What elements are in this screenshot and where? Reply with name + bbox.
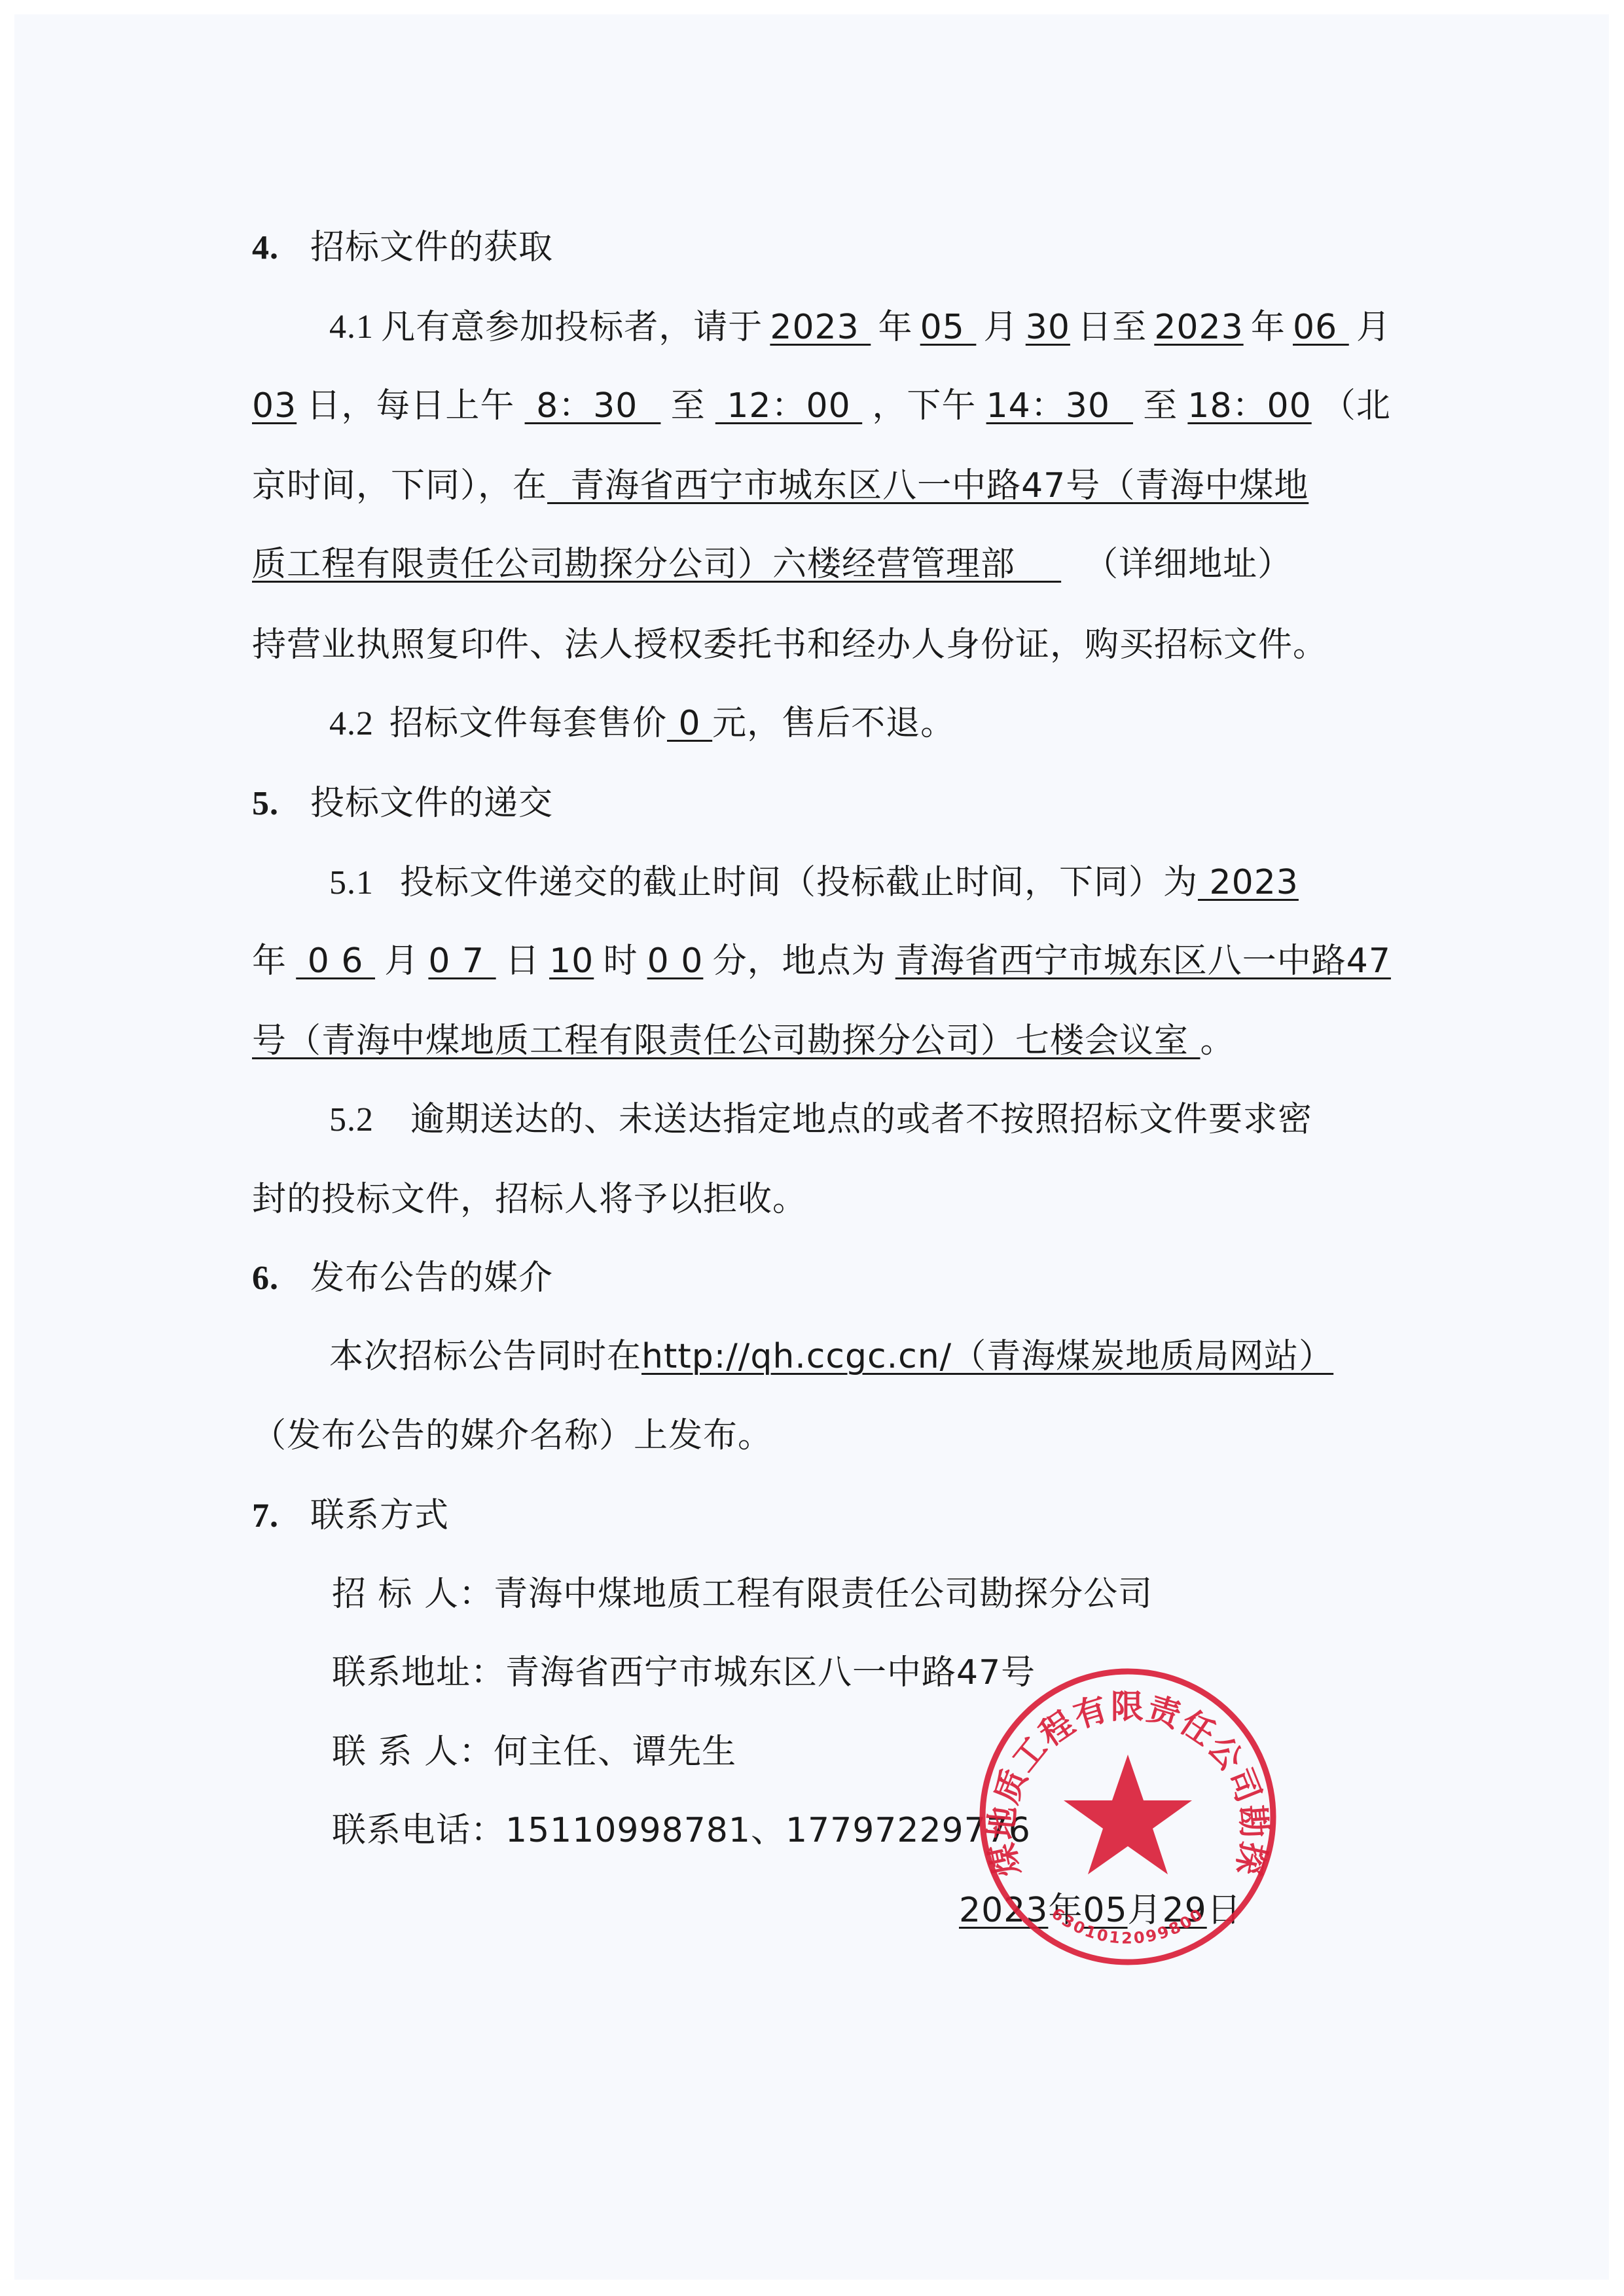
text: 年 — [1251, 304, 1286, 350]
field-deadline-day: 0 7 — [428, 938, 496, 984]
field-start-day: 30 — [1026, 304, 1070, 350]
date-day: 29 — [1163, 1891, 1207, 1930]
section-4-heading: 4.招标文件的获取 — [252, 225, 553, 270]
text: 日，每日上午 — [306, 383, 514, 429]
field-start-year: 2023 — [770, 304, 871, 350]
text: 月 — [384, 938, 419, 984]
contact-value: 何主任、谭先生 — [494, 1732, 736, 1772]
paragraph-5-2-line-2: 封的投标文件，招标人将予以拒收。 — [252, 1176, 807, 1222]
section-number: 4. — [252, 229, 279, 266]
text: 投标文件递交的截止时间（投标截止时间，下同）为 — [400, 863, 1198, 902]
date-year: 2023 — [959, 1891, 1048, 1930]
paragraph-5-1-line-2: 年 0 6 月0 7 日10时0 0分，地点为青海省西宁市城东区八一中路47 — [252, 938, 1391, 984]
text: 分，地点为 — [713, 938, 886, 984]
paragraph-4-1-line-4: 质工程有限责任公司勘探分公司）六楼经营管理部 （详细地址） — [252, 541, 1391, 587]
text: 京时间，下同），在 — [252, 466, 547, 505]
field-start-month: 05 — [920, 304, 977, 350]
contact-address: 联系地址：青海省西宁市城东区八一中路47号 — [332, 1650, 1036, 1696]
text: （详细地址） — [1061, 545, 1292, 584]
text: 逾期送达的、未送达指定地点的或者不按照招标文件要求密 — [410, 1100, 1312, 1139]
clause-number: 5.1 — [329, 864, 374, 902]
text: 日 — [505, 938, 540, 984]
paragraph-4-1-line-3: 京时间，下同），在 青海省西宁市城东区八一中路47号（青海中煤地 — [252, 463, 1391, 509]
field-deadline-hour: 10 — [549, 938, 594, 984]
contact-label: 联系地址： — [332, 1653, 505, 1692]
text: 至 — [1143, 383, 1178, 429]
section-5-heading: 5.投标文件的递交 — [252, 780, 553, 826]
contact-phone: 联系电话：15110998781、17797229776 — [332, 1808, 1031, 1853]
contact-label: 联 系 人： — [332, 1732, 494, 1772]
section-title: 发布公告的媒介 — [310, 1258, 553, 1298]
field-am-end: 12：00 — [715, 383, 862, 429]
section-number: 5. — [252, 785, 279, 822]
clause-number: 4.2 — [329, 705, 374, 742]
contact-value: 青海中煤地质工程有限责任公司勘探分公司 — [494, 1575, 1153, 1614]
field-deadline-minute: 0 0 — [647, 938, 704, 984]
text: 封的投标文件，招标人将予以拒收。 — [252, 1180, 807, 1219]
contact-person: 联 系 人：何主任、谭先生 — [332, 1729, 736, 1775]
text: 年 — [878, 304, 912, 350]
paragraph-4-1-line-1: 4.1凡有意参加投标者，请于2023 年05 月30日至2023年06 月 — [329, 304, 1391, 350]
paragraph-6-line-2: （发布公告的媒介名称）上发布。 — [252, 1413, 772, 1459]
field-pm-start: 14：30 — [986, 383, 1133, 429]
field-end-day: 03 — [252, 383, 297, 429]
text: 月 — [1356, 304, 1391, 350]
field-am-start: 8：30 — [525, 383, 661, 429]
text: 招标文件每套售价 — [389, 704, 667, 743]
text: 。 — [1200, 1021, 1235, 1061]
paragraph-5-2-line-1: 5.2逾期送达的、未送达指定地点的或者不按照招标文件要求密 — [329, 1097, 1312, 1142]
text: 至 — [671, 383, 706, 429]
field-end-month: 06 — [1293, 304, 1349, 350]
signature-date: 2023年05月29日 — [959, 1887, 1242, 1933]
contact-value: 青海省西宁市城东区八一中路47号 — [505, 1653, 1036, 1692]
contact-value: 15110998781、17797229776 — [505, 1811, 1031, 1850]
text: 凡有意参加投标者，请于 — [381, 304, 763, 350]
text: 本次招标公告同时在 — [329, 1337, 641, 1376]
text: 年 — [252, 938, 287, 984]
contact-tenderer: 招 标 人：青海中煤地质工程有限责任公司勘探分公司 — [332, 1571, 1153, 1617]
text: 元，售后不退。 — [712, 704, 955, 743]
section-title: 投标文件的递交 — [310, 784, 553, 823]
field-pm-end: 18：00 — [1187, 383, 1311, 429]
field-deadline-month: 0 6 — [296, 938, 375, 984]
paragraph-6-line-1: 本次招标公告同时在http://qh.ccgc.cn/（青海煤炭地质局网站） — [329, 1334, 1333, 1379]
field-venue-cont: 号（青海中煤地质工程有限责任公司勘探分公司）七楼会议室 — [252, 1021, 1200, 1061]
text: 月 — [1128, 1891, 1163, 1930]
paragraph-4-2: 4.2招标文件每套售价 0 元，售后不退。 — [329, 701, 955, 746]
clause-number: 5.2 — [329, 1101, 374, 1139]
field-address-cont: 质工程有限责任公司勘探分公司）六楼经营管理部 — [252, 545, 1061, 584]
media-link[interactable]: http://qh.ccgc.cn/（青海煤炭地质局网站） — [641, 1337, 1333, 1376]
paragraph-5-1-line-1: 5.1投标文件递交的截止时间（投标截止时间，下同）为 2023 — [329, 860, 1391, 905]
text: 年 — [1048, 1891, 1083, 1930]
text: 时 — [603, 938, 638, 984]
contact-label: 招 标 人： — [332, 1575, 494, 1614]
date-month: 05 — [1083, 1891, 1127, 1930]
field-end-year: 2023 — [1154, 304, 1243, 350]
section-number: 7. — [252, 1497, 279, 1535]
field-deadline-year: 2023 — [1198, 863, 1299, 902]
text: （北 — [1322, 383, 1391, 429]
section-title: 联系方式 — [310, 1496, 449, 1535]
scanned-page — [14, 14, 1609, 2280]
text: 日至 — [1077, 304, 1147, 350]
clause-number: 4.1 — [329, 304, 374, 350]
field-price: 0 — [667, 704, 712, 743]
text: 日 — [1207, 1891, 1242, 1930]
section-7-heading: 7.联系方式 — [252, 1493, 449, 1539]
text: 月 — [984, 304, 1019, 350]
text: ，下午 — [872, 383, 976, 429]
section-6-heading: 6.发布公告的媒介 — [252, 1255, 553, 1301]
paragraph-5-1-line-3: 号（青海中煤地质工程有限责任公司勘探分公司）七楼会议室 。 — [252, 1018, 1235, 1064]
section-number: 6. — [252, 1260, 279, 1297]
paragraph-4-1-line-5: 持营业执照复印件、法人授权委托书和经办人身份证，购买招标文件。 — [252, 622, 1327, 668]
paragraph-4-1-line-2: 03日，每日上午 8：30 至 12：00 ，下午14：30 至18：00（北 — [252, 383, 1391, 429]
section-title: 招标文件的获取 — [310, 228, 553, 267]
text: （发布公告的媒介名称）上发布。 — [252, 1416, 772, 1455]
contact-label: 联系电话： — [332, 1811, 505, 1850]
field-address: 青海省西宁市城东区八一中路47号（青海中煤地 — [547, 466, 1308, 505]
text: 持营业执照复印件、法人授权委托书和经办人身份证，购买招标文件。 — [252, 625, 1327, 665]
field-venue: 青海省西宁市城东区八一中路47 — [895, 938, 1391, 984]
